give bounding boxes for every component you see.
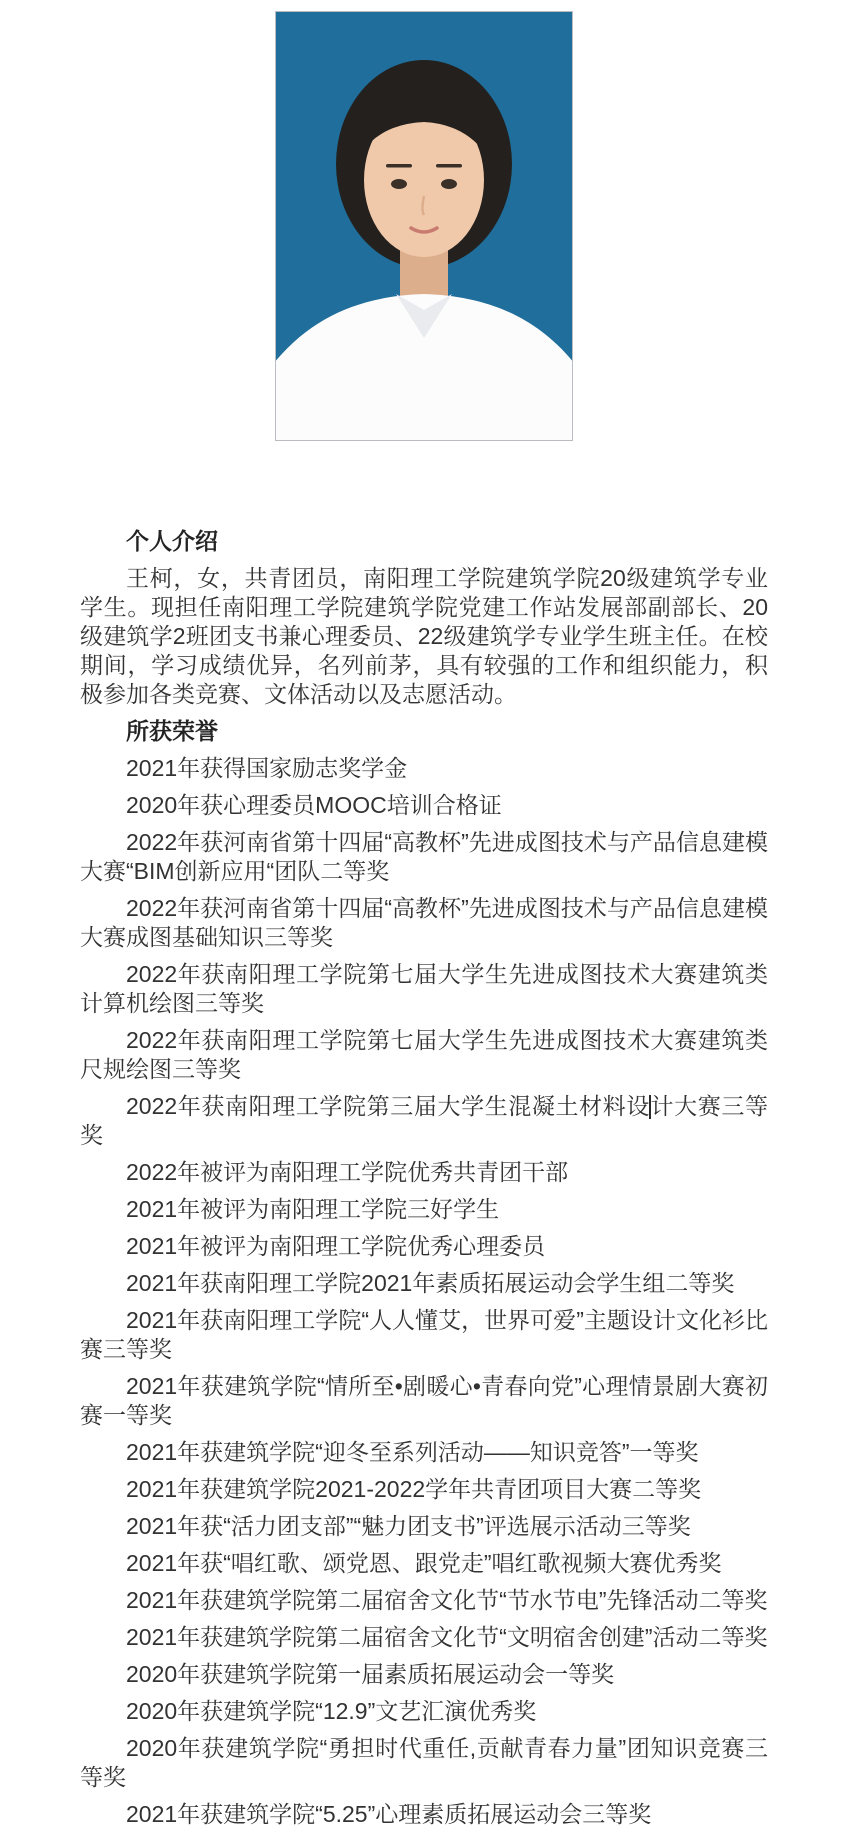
portrait-photo-illustration <box>276 12 572 440</box>
portrait-photo <box>275 11 573 441</box>
nose-line <box>423 196 425 215</box>
intro-section-heading[interactable]: 个人介绍 <box>80 527 768 556</box>
honor-item[interactable]: 2022年获河南省第十四届“高教杯”先进成图技术与产品信息建模大赛“BIM创新应… <box>80 828 768 886</box>
left-eyebrow <box>386 164 412 168</box>
honors-section-heading[interactable]: 所获荣誉 <box>80 717 768 746</box>
right-eye <box>441 179 457 189</box>
honor-item[interactable]: 2021年被评为南阳理工学院三好学生 <box>80 1195 768 1224</box>
honor-item[interactable]: 2021年获南阳理工学院2021年素质拓展运动会学生组二等奖 <box>80 1269 768 1298</box>
photo-area <box>0 0 848 441</box>
honor-item[interactable]: 2021年获得国家励志奖学金 <box>80 754 768 783</box>
honor-item[interactable]: 2020年获建筑学院“勇担时代重任,贡献青春力量”团知识竞赛三等奖 <box>80 1734 768 1792</box>
honor-item[interactable]: 2022年获南阳理工学院第七届大学生先进成图技术大赛建筑类计算机绘图三等奖 <box>80 960 768 1018</box>
honor-item[interactable]: 2022年获南阳理工学院第七届大学生先进成图技术大赛建筑类尺规绘图三等奖 <box>80 1026 768 1084</box>
left-eye <box>391 179 407 189</box>
honor-item[interactable]: 2021年获建筑学院2021-2022学年共青团项目大赛二等奖 <box>80 1475 768 1504</box>
honor-item[interactable]: 2021年被评为南阳理工学院优秀心理委员 <box>80 1232 768 1261</box>
intro-paragraph[interactable]: 王柯，女，共青团员，南阳理工学院建筑学院20级建筑学专业学生。现担任南阳理工学院… <box>80 564 768 709</box>
honor-item[interactable]: 2021年获“唱红歌、颂党恩、跟党走”唱红歌视频大赛优秀奖 <box>80 1549 768 1578</box>
honor-item[interactable]: 2021年获建筑学院“5.25”心理素质拓展运动会三等奖 <box>80 1800 768 1829</box>
honor-item[interactable]: 2021年获建筑学院第二届宿舍文化节“文明宿舍创建”活动二等奖 <box>80 1623 768 1652</box>
honor-item[interactable]: 2021年获建筑学院“情所至•剧暖心•青春向党”心理情景剧大赛初赛一等奖 <box>80 1372 768 1430</box>
honor-item[interactable]: 2020年获建筑学院“12.9”文艺汇演优秀奖 <box>80 1697 768 1726</box>
honor-item[interactable]: 2021年获建筑学院第二届宿舍文化节“节水节电”先锋活动二等奖 <box>80 1586 768 1615</box>
honor-item[interactable]: 2021年获建筑学院“迎冬至系列活动——知识竞答”一等奖 <box>80 1438 768 1467</box>
honor-item[interactable]: 2020年获心理委员MOOC培训合格证 <box>80 791 768 820</box>
honors-list: 2021年获得国家励志奖学金2020年获心理委员MOOC培训合格证2022年获河… <box>80 754 768 1829</box>
honor-item[interactable]: 2022年获南阳理工学院第三届大学生混凝土材料设计大赛三等奖 <box>80 1092 768 1150</box>
right-eyebrow <box>436 164 462 168</box>
document-body: 个人介绍 王柯，女，共青团员，南阳理工学院建筑学院20级建筑学专业学生。现担任南… <box>0 527 848 1829</box>
honor-item[interactable]: 2022年获河南省第十四届“高教杯”先进成图技术与产品信息建模大赛成图基础知识三… <box>80 894 768 952</box>
honor-item[interactable]: 2021年获南阳理工学院“人人懂艾，世界可爱”主题设计文化衫比赛三等奖 <box>80 1306 768 1364</box>
text-cursor <box>649 1095 651 1119</box>
honor-item[interactable]: 2021年获“活力团支部”“魅力团支书”评选展示活动三等奖 <box>80 1512 768 1541</box>
honor-item[interactable]: 2020年获建筑学院第一届素质拓展运动会一等奖 <box>80 1660 768 1689</box>
honor-item[interactable]: 2022年被评为南阳理工学院优秀共青团干部 <box>80 1158 768 1187</box>
